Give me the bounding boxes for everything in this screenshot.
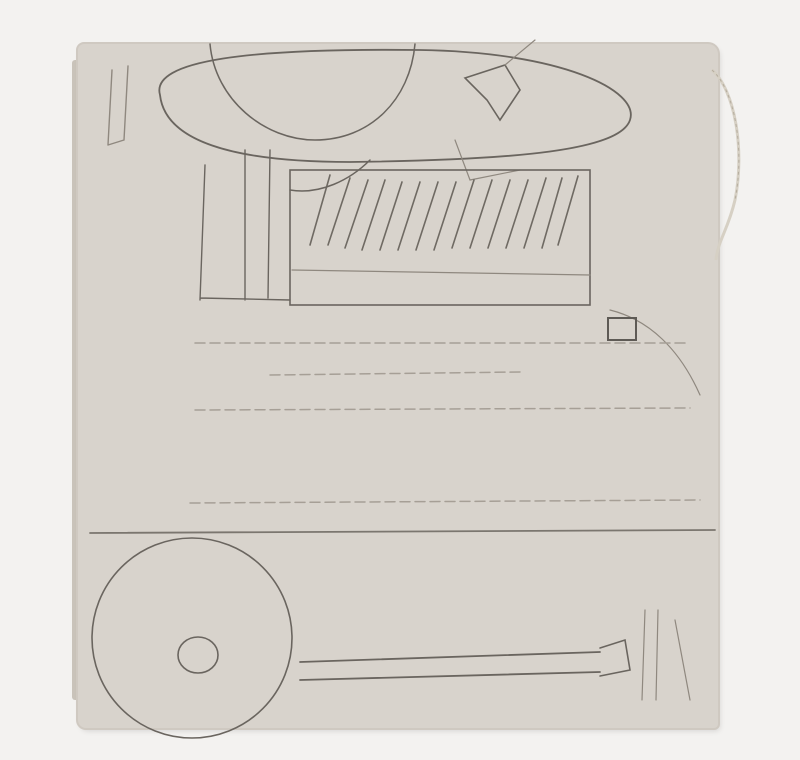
pencil-sketch — [0, 0, 800, 760]
divider-line — [90, 530, 715, 533]
top-circle-sketch — [210, 44, 415, 140]
binding-string — [712, 70, 739, 260]
rod-sketch — [300, 652, 600, 680]
ellipse-sketch — [159, 50, 631, 162]
